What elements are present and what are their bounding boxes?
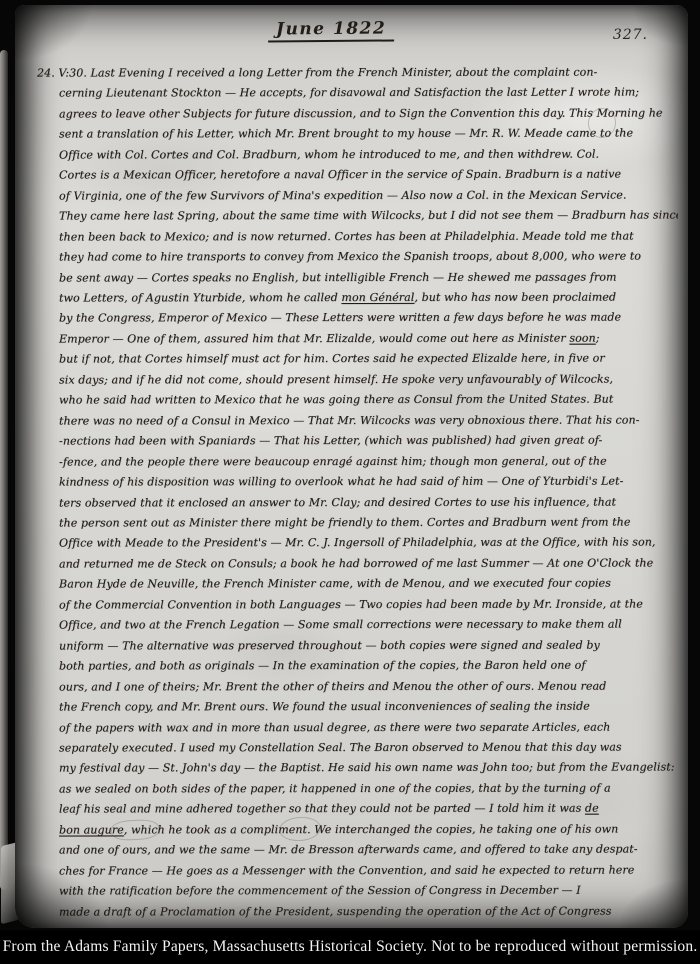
journal-line: leaf his seal and mine adhered together … bbox=[37, 799, 678, 821]
journal-line: cerning Lieutenant Stockton — He accepts… bbox=[37, 83, 678, 105]
journal-line: six days; and if he did not come, should… bbox=[37, 369, 678, 391]
journal-line: the French copy, and Mr. Brent ours. We … bbox=[37, 696, 678, 718]
journal-line: made a draft of a Proclamation of the Pr… bbox=[37, 901, 678, 923]
journal-line: 24. V:30. Last Evening I received a long… bbox=[37, 62, 678, 84]
journal-text: 24. V:30. Last Evening I received a long… bbox=[37, 63, 678, 922]
journal-line: Cortes is a Mexican Officer, heretofore … bbox=[37, 165, 678, 187]
journal-line: ours, and I one of theirs; Mr. Brent the… bbox=[37, 676, 678, 698]
journal-line: of Virginia, one of the few Survivors of… bbox=[37, 185, 678, 207]
journal-line: they had come to hire transports to conv… bbox=[37, 247, 678, 269]
journal-line: sent a translation of his Letter, which … bbox=[37, 124, 678, 146]
journal-line: both parties, and both as originals — In… bbox=[37, 656, 678, 678]
journal-line: They came here last Spring, about the sa… bbox=[37, 206, 678, 228]
journal-line: and one of ours, and we the same — Mr. d… bbox=[37, 840, 678, 862]
journal-line: of the papers with wax and in more than … bbox=[37, 717, 678, 739]
journal-line: uniform — The alternative was preserved … bbox=[37, 635, 678, 657]
journal-line: by the Congress, Emperor of Mexico — The… bbox=[37, 308, 678, 330]
caption-bar: From the Adams Family Papers, Massachuse… bbox=[0, 930, 700, 964]
page-header: June 1822 bbox=[15, 19, 688, 42]
journal-line: agrees to leave other Subjects for futur… bbox=[37, 103, 678, 125]
journal-line: Office with Col. Cortes and Col. Bradbur… bbox=[37, 144, 678, 166]
page-number: 327. bbox=[613, 27, 648, 43]
journal-line: be sent away — Cortes speaks no English,… bbox=[37, 267, 678, 289]
journal-line: kindness of his disposition was willing … bbox=[37, 472, 678, 494]
journal-line: two Letters, of Agustin Yturbide, whom h… bbox=[37, 287, 678, 309]
journal-line: -nections had been with Spaniards — That… bbox=[37, 431, 678, 453]
photo-frame: June 1822 327. 24. V:30. Last Evening I … bbox=[0, 0, 700, 964]
journal-line: but if not, that Cortes himself must act… bbox=[37, 349, 678, 371]
journal-line: ches for France — He goes as a Messenger… bbox=[37, 860, 678, 882]
journal-line: there was no need of a Consul in Mexico … bbox=[37, 410, 678, 432]
journal-line: as we sealed on both sides of the paper,… bbox=[37, 778, 678, 800]
journal-line: and returned me de Steck on Consuls; a b… bbox=[37, 553, 678, 575]
journal-line: the person sent out as Minister there mi… bbox=[37, 512, 678, 534]
journal-line: Baron Hyde de Neuville, the French Minis… bbox=[37, 574, 678, 596]
journal-line: -fence, and the people there were beauco… bbox=[37, 451, 678, 473]
caption-text: From the Adams Family Papers, Massachuse… bbox=[3, 938, 698, 956]
journal-line: Office, and two at the French Legation —… bbox=[37, 615, 678, 637]
manuscript-page: June 1822 327. 24. V:30. Last Evening I … bbox=[15, 5, 688, 928]
journal-line: who he said had written to Mexico that h… bbox=[37, 390, 678, 412]
journal-line: my festival day — St. John's day — the B… bbox=[37, 758, 678, 780]
journal-line: with the ratification before the commenc… bbox=[37, 881, 678, 903]
journal-line: Office with Meade to the President's — M… bbox=[37, 533, 678, 555]
journal-line: Emperor — One of them, assured him that … bbox=[37, 328, 678, 350]
journal-line: separately executed. I used my Constella… bbox=[37, 737, 678, 759]
journal-line: then been back to Mexico; and is now ret… bbox=[37, 226, 678, 248]
facing-page-edge bbox=[0, 50, 8, 890]
journal-line: bon augure, which he took as a complimen… bbox=[37, 819, 678, 841]
journal-line: of the Commercial Convention in both Lan… bbox=[37, 594, 678, 616]
journal-line: ters observed that it enclosed an answer… bbox=[37, 492, 678, 514]
month-year-heading: June 1822 bbox=[268, 18, 395, 42]
